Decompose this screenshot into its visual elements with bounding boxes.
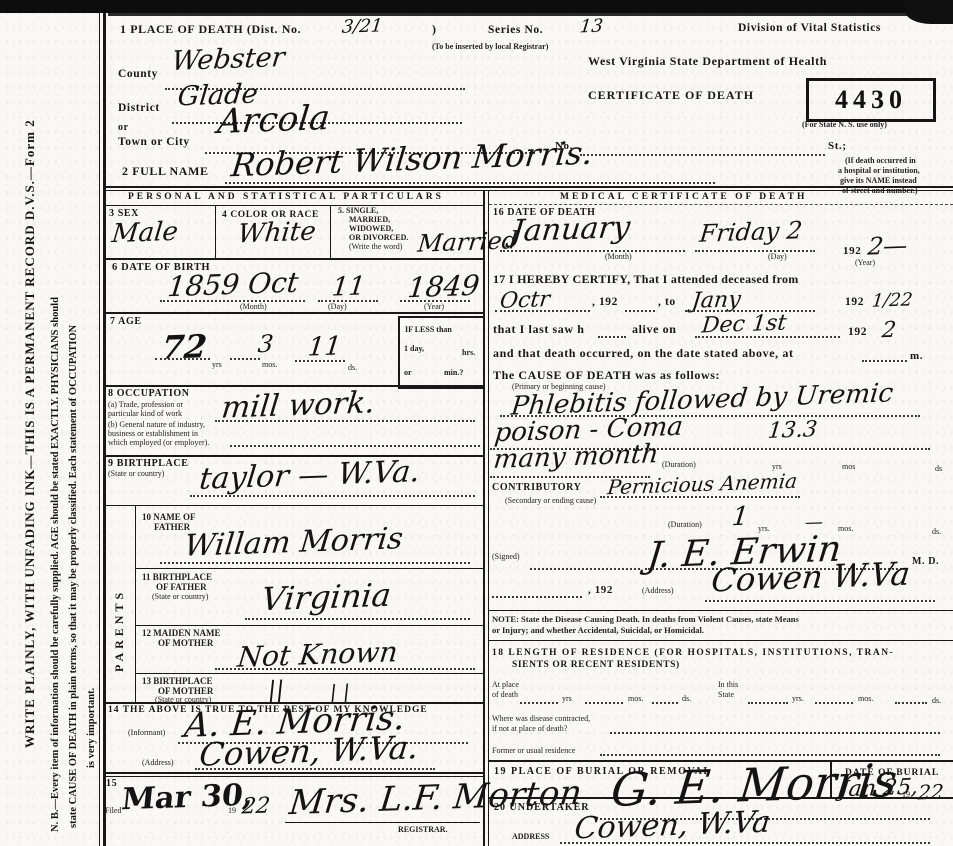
occupation-a2: particular kind of work [108,409,182,418]
dod-day-value: Friday 2 [698,216,803,248]
scan-top-edge-shadow [108,13,953,16]
header-separator-thin [105,190,953,191]
full-name-label: 2 FULL NAME [122,164,209,179]
age-yrs-caption: yrs [212,360,222,369]
mother-bp-label-1: 13 BIRTHPLACE [142,676,212,686]
signed-rule-lead [530,568,640,570]
res-yrs: yrs [562,694,572,703]
scan-top-edge [0,0,953,13]
registrar-rule [285,822,480,823]
row-rule-under-9 [105,505,483,506]
cause-code-value: 13.3 [767,417,819,444]
certify-192a: , 192 [592,296,618,308]
certify-192b: 192 [845,296,864,308]
lastsaw-year-value: 2 [881,318,898,343]
res2-yrs: yrs. [792,694,804,703]
former-residence-label: Former or usual residence [492,746,575,755]
header-separator-heavy [105,186,953,188]
occupation-rule1 [215,420,475,422]
or-label: or [118,122,129,133]
series-no-label: Series No. [488,24,543,36]
contracted-label-2: if not at place of death? [492,724,567,733]
hospital-note-line3: give its NAME instead [840,176,917,185]
informant-address-rule [195,768,435,770]
certify-192a-rule [625,310,655,312]
certify-line: 17 I HEREBY CERTIFY, That I attended dec… [493,272,799,287]
occupation-b2: business or establishment in [108,429,198,438]
res-rule-4 [748,702,788,704]
lastsaw-pre: that I last saw h [493,322,585,337]
dob-year-value: 1849 [406,269,481,304]
certify-yearb-value: 1/22 [871,289,914,311]
dated-address-rule [705,600,935,602]
father-bp-label-2: OF FATHER [156,582,207,592]
note-bottom-rule [489,640,953,641]
undertaker-address-value: Cowen, W.Va [573,805,772,846]
age-months-rule [230,358,260,360]
res-rule-3 [652,702,678,704]
lastsaw-rule [695,336,840,338]
father-name-value: Willam Morris [183,521,405,564]
sex-color-divider [215,205,216,258]
marital-label-3: WIDOWED, [349,224,393,233]
margin-note-nb-line1: N. B.—Every item of information should b… [50,297,61,832]
certify-from-rule [495,310,590,312]
dod-month-rule [500,250,685,252]
cause-duration-value: many month [492,439,660,475]
row-rule-under-6 [105,312,483,314]
dob-month-value: 1859 Oct [166,266,300,304]
rule-under-12 [135,673,483,674]
town-or-city-label: Town or City [118,136,190,148]
res-rule-6 [895,702,927,704]
certificate-number: 4430 [835,85,907,115]
lastsaw-post: alive on [632,322,676,337]
if-less-or: or [404,368,412,377]
lastsaw-date-value: Dec 1st [700,311,787,339]
dated-rule-lead [492,596,582,598]
occupation-b1: (b) General nature of industry, [108,420,205,429]
sex-value: Male [110,217,179,249]
dob-month-caption: (Month) [240,302,267,311]
duration-caption: (Duration) [662,460,696,469]
division-title: Division of Vital Statistics [738,22,881,34]
row-rule-under-5 [105,258,483,260]
dob-day-rule [318,300,378,302]
informant-caption: (Informant) [128,728,165,737]
age-years-value: 72 [160,327,209,367]
if-less-label-1: IF LESS than [405,325,452,334]
town-value: Arcola [216,98,332,142]
hospital-note-line2: a hospital or institution, [838,166,920,175]
if-less-hrs: hrs. [462,348,475,357]
res-rule-1 [520,702,558,704]
full-name-value: Robert Wilson Morris. [229,134,594,185]
left-title-rule [105,205,483,206]
margin-note-nb-line2: state CAUSE OF DEATH in plain terms, so … [68,325,79,828]
marital-label-1: 5. SINGLE, [338,206,378,215]
parents-label: PARENTS [112,589,127,672]
contracted-rule [610,732,940,734]
at-place-label-1: At place [492,680,519,689]
color-marital-divider [330,205,331,258]
occupation-a1: (a) Trade, profession or [108,400,183,409]
informant-address-value: Cowen, W.Va. [198,728,421,774]
father-bp-rule [245,618,470,620]
st-label: St.; [828,140,847,152]
birthplace-label: 9 BIRTHPLACE [108,458,188,469]
age-days-rule [295,360,345,362]
occurred-m: m. [910,350,923,362]
place-close-paren: ) [432,22,437,37]
mother-name-label-2: OF MOTHER [158,638,213,648]
margin-note-permanent-record: WRITE PLAINLY, WITH UNFADING INK—THIS IS… [22,119,38,748]
length-of-residence-label-1: 18 LENGTH OF RESIDENCE (FOR HOSPITALS, I… [492,648,894,658]
contrib-duration-caption: (Duration) [668,520,702,529]
duration-ds: ds [935,464,942,473]
department-title: West Virginia State Department of Health [588,54,827,69]
undertaker-address-label: ADDRESS [512,832,549,841]
dod-day-rule [695,250,815,252]
mother-name-label-1: 12 MAIDEN NAME [142,628,221,638]
age-days-value: 11 [306,331,342,362]
age-label: 7 AGE [110,316,142,327]
right-title-rule [489,204,953,205]
no-rule [580,154,825,156]
father-name-label-2: FATHER [154,522,190,532]
contracted-label-1: Where was disease contracted, [492,714,590,723]
res-ds: ds. [682,694,691,703]
column-divider-thin [488,190,489,846]
marital-label-2: MARRIED, [349,215,390,224]
dob-day-caption: (Day) [328,302,347,311]
filed-year-value: 22 [241,794,272,820]
father-bp-caption: (State or country) [152,592,208,601]
full-name-rule [225,182,715,184]
dod-192: 192 [843,245,861,257]
occurred-line: and that death occurred, on the date sta… [493,346,794,361]
column-divider-heavy [483,190,485,846]
father-bp-label-1: 11 BIRTHPLACE [142,572,212,582]
registrar-caption: REGISTRAR. [398,825,448,834]
row-rule-under-14b [105,776,483,777]
res-mos: mos. [628,694,643,703]
dod-day-caption: (Day) [768,252,787,261]
md-label: M. D. [912,556,939,567]
birthplace-rule [190,495,475,497]
certificate-number-note: (For State N. S. use only) [802,120,887,129]
contributory-caption: (Secondary or ending cause) [505,496,596,505]
death-certificate-scan: WRITE PLAINLY, WITH UNFADING INK—THIS IS… [0,0,953,846]
length-of-residence-label-2: SIENTS OR RECENT RESIDENTS) [512,660,680,670]
lastsaw-192: 192 [848,326,867,338]
dod-year-caption: (Year) [855,258,875,267]
dated-192: , 192 [588,584,613,596]
undertaker-address-rule [560,842,930,844]
personal-particulars-title: PERSONAL AND STATISTICAL PARTICULARS [128,192,444,202]
res-rule-5 [815,702,853,704]
note-line1: NOTE: State the Disease Causing Death. I… [492,614,799,624]
contrib-ds: ds. [932,527,941,536]
burial-year-value: 22 [917,780,945,805]
dod-month-caption: (Month) [605,252,632,261]
note-top-rule [489,610,953,611]
row-rule-under-8 [105,455,483,457]
duration-mos: mos [842,462,855,471]
age-mos-caption: mos. [262,360,277,369]
row-rule-under-14 [105,772,483,774]
series-note: (To be inserted by local Registrar) [432,42,548,51]
father-bp-value: Virginia [260,576,393,618]
in-this-label-1: In this [718,680,738,689]
age-years-rule [155,358,210,360]
district-number-value: 3/21 [341,15,384,37]
signed-caption: (Signed) [492,552,520,561]
rule-under-11 [135,625,483,626]
age-ds-caption: ds. [348,363,357,372]
margin-rule-heavy [103,13,106,846]
certificate-of-death-label: CERTIFICATE OF DEATH [588,88,754,103]
margin-note-nb-line3: is very important. [86,688,97,768]
dod-year-value: 2— [866,231,908,260]
cause-of-death-label: The CAUSE OF DEATH was as follows: [493,368,720,383]
row-rule-under-7 [105,385,483,387]
dob-year-caption: (Year) [424,302,444,311]
county-label: County [118,68,158,80]
medical-certificate-title: MEDICAL CERTIFICATE OF DEATH [560,192,807,202]
marital-value: Married [416,226,518,257]
filed-19: 19 [228,806,236,815]
filed-item-number: 15 [106,778,117,789]
hospital-note-line1: (If death occurred in [845,156,916,165]
filed-label: Filed [105,806,121,815]
occupation-label: 8 OCCUPATION [108,388,190,399]
dated-address-caption: (Address) [642,586,674,595]
contributory-rule [600,496,800,498]
place-of-death-label: 1 PLACE OF DEATH (Dist. No. [120,22,301,37]
lastsaw-h-rule [598,336,626,338]
physician-address-value: Cowen W.Va [710,555,912,600]
undertaker-label: 20 UNDERTAKER [494,802,590,813]
in-this-label-2: State [718,690,734,699]
certificate-number-box: 4430 [806,78,936,122]
birthplace-value: taylor — W.Va. [198,454,422,497]
county-value: Webster [170,42,286,77]
at-place-label-2: of death [492,690,518,699]
contributory-label: CONTRIBUTORY [492,482,581,493]
sex-label: 3 SEX [109,208,139,219]
if-less-label-2: 1 day, [404,344,424,353]
marital-label-4: OR DIVORCED. [349,233,408,242]
occupation-b3: which employed (or employer). [108,438,209,447]
birthplace-caption: (State or country) [108,469,164,478]
marital-write-word-note: (Write the word) [349,242,402,251]
father-name-label-1: 10 NAME OF [142,512,196,522]
if-less-min: min.? [444,368,463,377]
contributory-value: Pernicious Anemia [606,469,798,500]
series-no-value: 13 [579,16,604,38]
color-or-race-value: White [236,217,317,250]
rule-under-10 [135,568,483,569]
certify-to-label: , to [658,296,676,308]
mother-bp-ditto-1: || [266,676,285,705]
res2-ds: ds. [932,696,941,705]
occurred-rule [862,360,907,362]
margin-rule-thin [99,13,100,846]
contrib-duration-value: 1 [730,502,750,533]
dob-day-value: 11 [330,271,366,302]
district-label: District [118,102,160,114]
note-line2: or Injury; and whether Accidental, Suici… [492,625,704,635]
res2-mos: mos. [858,694,873,703]
dob-month-rule [160,300,305,302]
dod-month-value: January [510,210,632,249]
age-months-value: 3 [256,330,274,359]
res-rule-2 [585,702,623,704]
father-name-rule [160,562,470,564]
mother-name-rule [215,668,475,670]
scan-corner-blot [905,0,953,24]
occupation-rule2 [230,445,480,447]
informant-address-caption: (Address) [142,758,174,767]
